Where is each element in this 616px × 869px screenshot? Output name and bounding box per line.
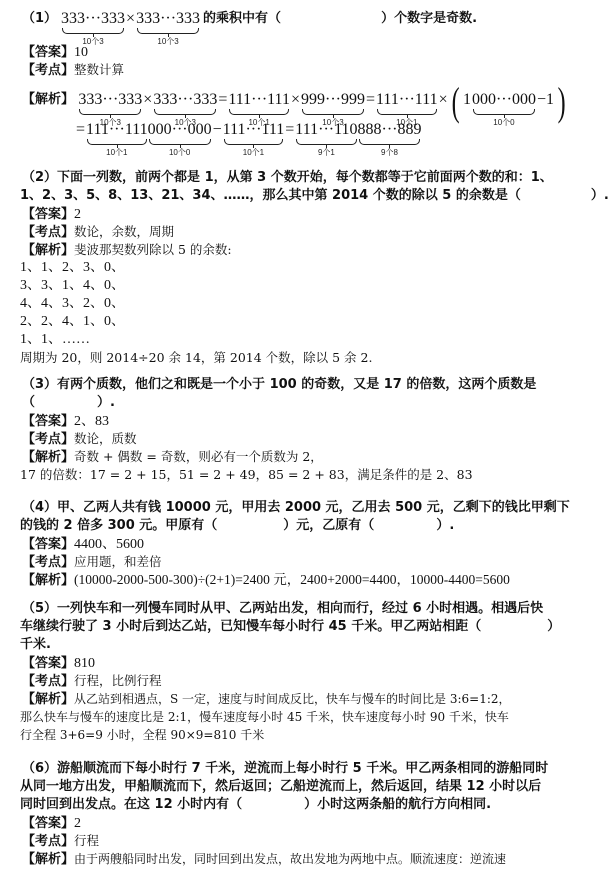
math-operator: =: [365, 91, 376, 109]
q4-analysis: 【解析】(10000-2000-500-300)÷(2+1)=2400 元，24…: [22, 571, 510, 590]
underbrace: [302, 109, 364, 115]
q1-text-end: ）个数字是奇数.: [381, 11, 477, 26]
underbrace: [359, 139, 421, 145]
underbrace-term: 111···11110个1: [86, 121, 148, 158]
q6-stem-line-1: （6）游船顺流而下每小时行 7 千米，逆流而上每小时行 5 千米。甲乙两条相同的…: [22, 760, 548, 778]
q1-factor-a: 333···33310个3: [61, 10, 125, 47]
q2-analysis: 【解析】斐波那契数列除以 5 的余数:: [22, 241, 232, 260]
underbrace-term: 888···8899个8: [358, 121, 422, 158]
q2-answer: 【答案】2: [22, 205, 81, 224]
q1-answer: 【答案】10: [22, 43, 88, 62]
q3-analysis-line-2: 17 的倍数：17 = 2 + 15，51 = 2 + 49，85 = 2 + …: [20, 466, 473, 484]
q6-point: 【考点】行程: [22, 832, 99, 851]
right-paren: ): [558, 85, 566, 119]
q1-factor-b: 333···33310个3: [136, 10, 200, 47]
q5-analysis: 【解析】从乙站到相遇点，S 一定，速度与时间成反比，快车与慢车的时间比是 3:6…: [22, 690, 511, 709]
q5-stem-line-3: 千米.: [20, 636, 51, 654]
remainder-row: 3、3、1、4、0、: [20, 277, 125, 295]
remainder-row: 2、2、4、1、0、: [20, 313, 125, 331]
math-operator: =: [284, 121, 295, 139]
zeros-term: 000···00010个0: [472, 91, 536, 128]
left-paren: (: [451, 85, 459, 119]
q4-stem-line-1: （4）甲、乙两人共有钱 10000 元，甲用去 2000 元，乙用去 500 元…: [22, 499, 570, 517]
math-operator: −: [212, 121, 223, 139]
math-operator: =: [217, 91, 228, 109]
underbrace: [296, 139, 356, 145]
q3-point: 【考点】数论，质数: [22, 430, 137, 449]
q1-stem: （1）333···33310个3×333···33310个3的乘积中有（）个数字…: [22, 10, 477, 47]
q3-stem-line-1: （3）有两个质数，他们之和既是一个小于 100 的奇数，又是 17 的倍数，这两…: [22, 376, 536, 394]
q5-answer: 【答案】810: [22, 654, 95, 673]
q6-stem-line-3: 同时回到出发点。在这 12 小时内有（）小时这两条船的航行方向相同.: [20, 796, 491, 814]
q1-analysis-row-2: =111···11110个1000···00010个0−111···11110个…: [75, 121, 421, 158]
q4-answer: 【答案】4400、5600: [22, 535, 144, 554]
q1-point: 【考点】整数计算: [22, 61, 124, 80]
q2-point: 【考点】数论，余数，周期: [22, 223, 174, 242]
q2-stem-line-1: （2）下面一列数，前两个都是 1，从第 3 个数开始，每个数都等于它前面两个数的…: [22, 169, 553, 187]
remainder-row: 1、1、2、3、0、: [20, 259, 125, 277]
q6-answer: 【答案】2: [22, 814, 81, 833]
q5-analysis-line-3: 行全程 3+6=9 小时，全程 90×9=810 千米: [20, 726, 264, 744]
underbrace-term: 111···1109个1: [295, 121, 357, 158]
underbrace: [87, 139, 147, 145]
q1-number: （1）: [22, 11, 57, 26]
math-operator: =: [75, 121, 86, 139]
q6-stem-line-2: 从同一地方出发，甲船顺流而下，然后返回；乙船逆流而上，然后返回，结果 12 小时…: [20, 778, 541, 796]
remainder-row: 4、4、3、2、0、: [20, 295, 125, 313]
q2-conclusion: 周期为 20，则 2014÷20 余 14，第 2014 个数，除以 5 余 2…: [20, 349, 372, 367]
times-sign: ×: [125, 10, 136, 28]
math-operator: ×: [438, 91, 449, 109]
q1-text: 的乘积中有（: [203, 11, 281, 26]
q5-stem-line-2: 车继续行驶了 3 小时后到达乙站，已知慢车每小时行 45 千米。甲乙两站相距（）: [20, 618, 560, 636]
q4-point: 【考点】应用题，和差倍: [22, 553, 162, 572]
math-operator: ×: [290, 91, 301, 109]
math-operator: ×: [142, 91, 153, 109]
q5-point: 【考点】行程，比例行程: [22, 672, 162, 691]
q5-analysis-line-2: 那么快车与慢车的速度比是 2:1，慢车速度每小时 45 千米，快车速度每小时 9…: [20, 708, 509, 726]
q2-stem-line-2: 1、2、3、5、8、13、21、34、……，那么其中第 2014 个数的除以 5…: [20, 187, 609, 205]
analysis-row-1: 333···33310个3×333···33310个3=111···11110个…: [78, 91, 448, 107]
q3-analysis: 【解析】奇数 + 偶数 = 奇数，则必有一个质数为 2，: [22, 448, 323, 467]
q3-answer: 【答案】2、83: [22, 412, 109, 431]
q3-stem-line-2: （）.: [22, 394, 115, 412]
remainder-row: 1、1、……: [20, 331, 90, 349]
underbrace-term: 000···00010个0: [148, 121, 212, 158]
underbrace-term: 111···11110个1: [223, 121, 285, 158]
underbrace: [149, 139, 211, 145]
underbrace: [154, 109, 216, 115]
q5-stem-line-1: （5）一列快车和一列慢车同时从甲、乙两站出发，相向而行，经过 6 小时相遇。相遇…: [22, 600, 543, 618]
q4-stem-line-2: 的钱的 2 倍多 300 元。甲原有（）元，乙原有（）.: [20, 517, 454, 535]
underbrace: [224, 139, 284, 145]
q6-analysis: 【解析】由于两艘船同时出发，同时回到出发点，故出发地为两地中点。顺流速度：逆流速: [22, 850, 506, 869]
underbrace: [137, 28, 199, 34]
underbrace: [229, 109, 289, 115]
underbrace: [62, 28, 124, 34]
underbrace: [377, 109, 437, 115]
underbrace: [79, 109, 141, 115]
